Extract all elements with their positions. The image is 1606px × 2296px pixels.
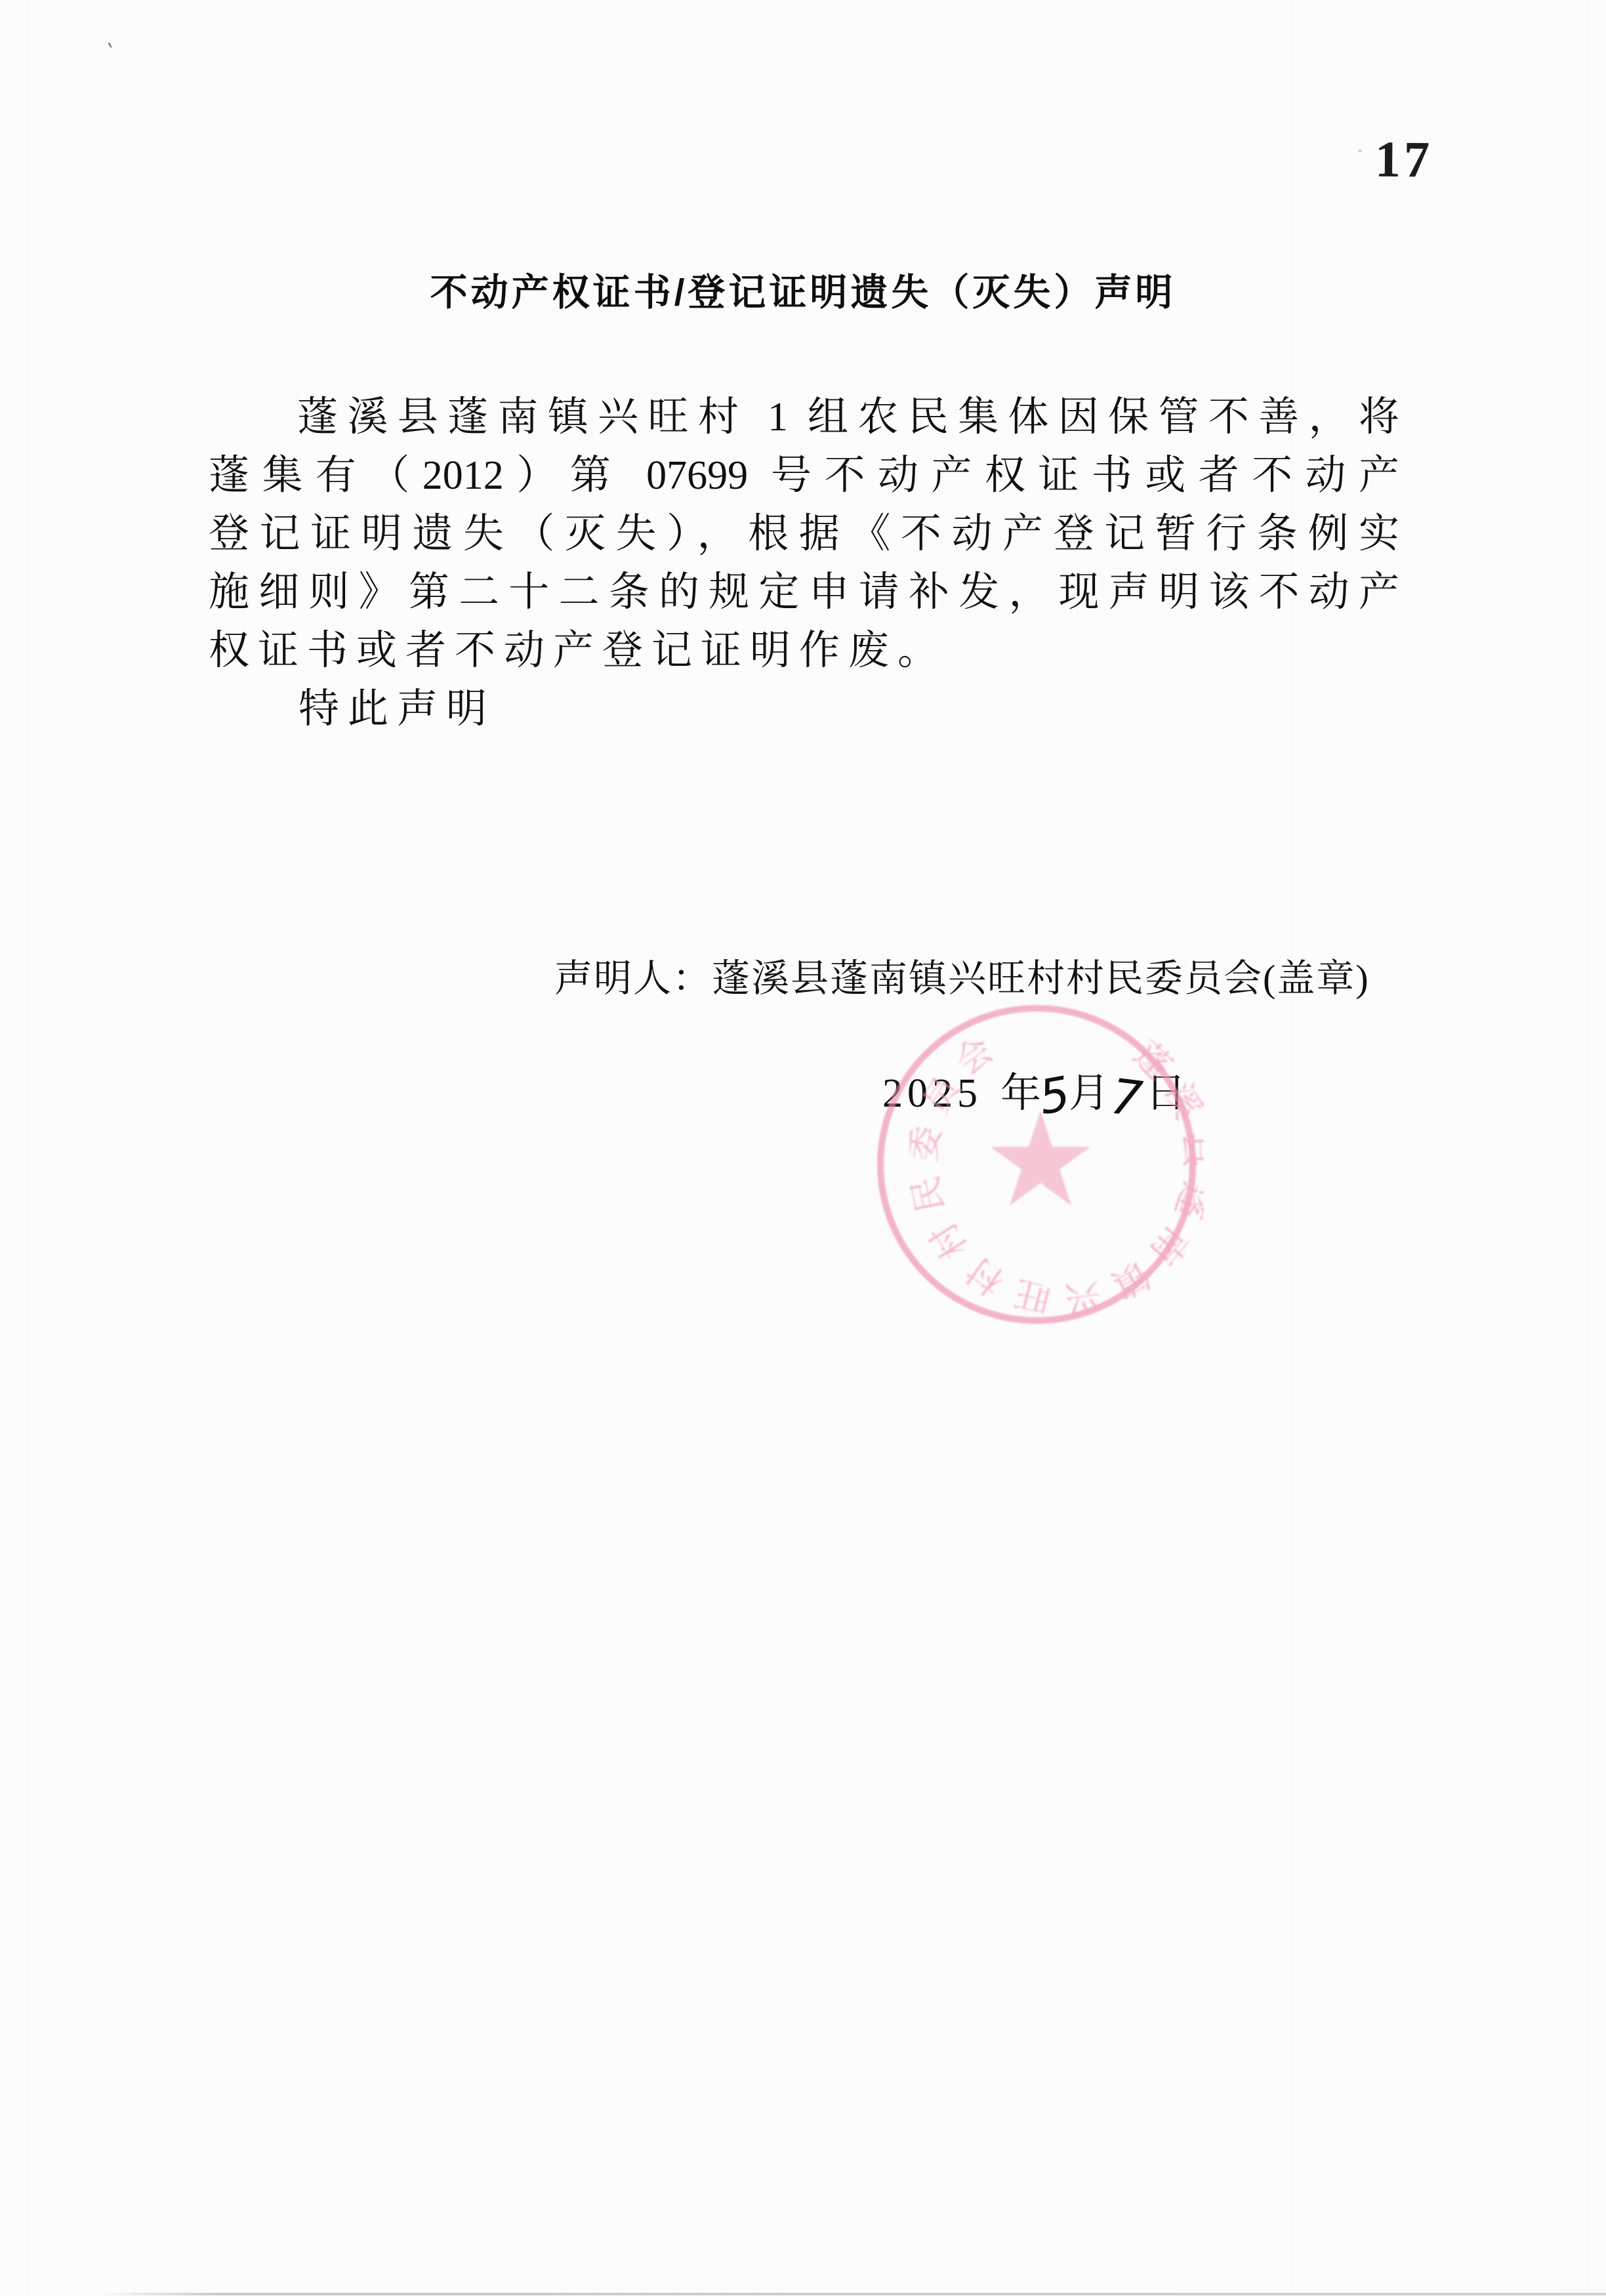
declarant-line: 声明人：蓬溪县蓬南镇兴旺村村民委员会(盖章) [554, 947, 1370, 1002]
paragraph-line: 登记证明遗失（灭失），根据《不动产登记暂行条例实 [209, 505, 1399, 564]
document-title: 不动产权证书/登记证明遗失（灭失）声明 [0, 262, 1606, 316]
scanned-document-page: ˋ 17 不动产权证书/登记证明遗失（灭失）声明 蓬溪县蓬南镇兴旺村 1 组农民… [0, 0, 1606, 2296]
official-seal-stamp: 蓬溪县蓬南镇兴旺村村民委员会 5109215025603 [869, 1000, 1204, 1335]
declaration-paragraph: 蓬溪县蓬南镇兴旺村 1 组农民集体因保管不善，将 蓬集有（2012）第 0769… [209, 388, 1399, 739]
scan-artifact-tick: ˋ [101, 40, 117, 68]
seal-star-icon [991, 1111, 1090, 1206]
paragraph-line: 施细则》第二十二条的规定申请补发，现声明该不动产 [209, 564, 1399, 622]
scan-artifact-speck [1358, 150, 1362, 152]
page-number: 17 [1375, 130, 1433, 190]
scan-bottom-edge-line [98, 2293, 1606, 2295]
paragraph-line: 蓬集有（2012）第 07699 号不动产权证书或者不动产 [209, 447, 1399, 505]
closing-statement-line: 特此声明 [209, 680, 1399, 739]
paragraph-line: 权证书或者不动产登记证明作废。 [209, 622, 1399, 680]
paragraph-line: 蓬溪县蓬南镇兴旺村 1 组农民集体因保管不善，将 [209, 388, 1399, 447]
